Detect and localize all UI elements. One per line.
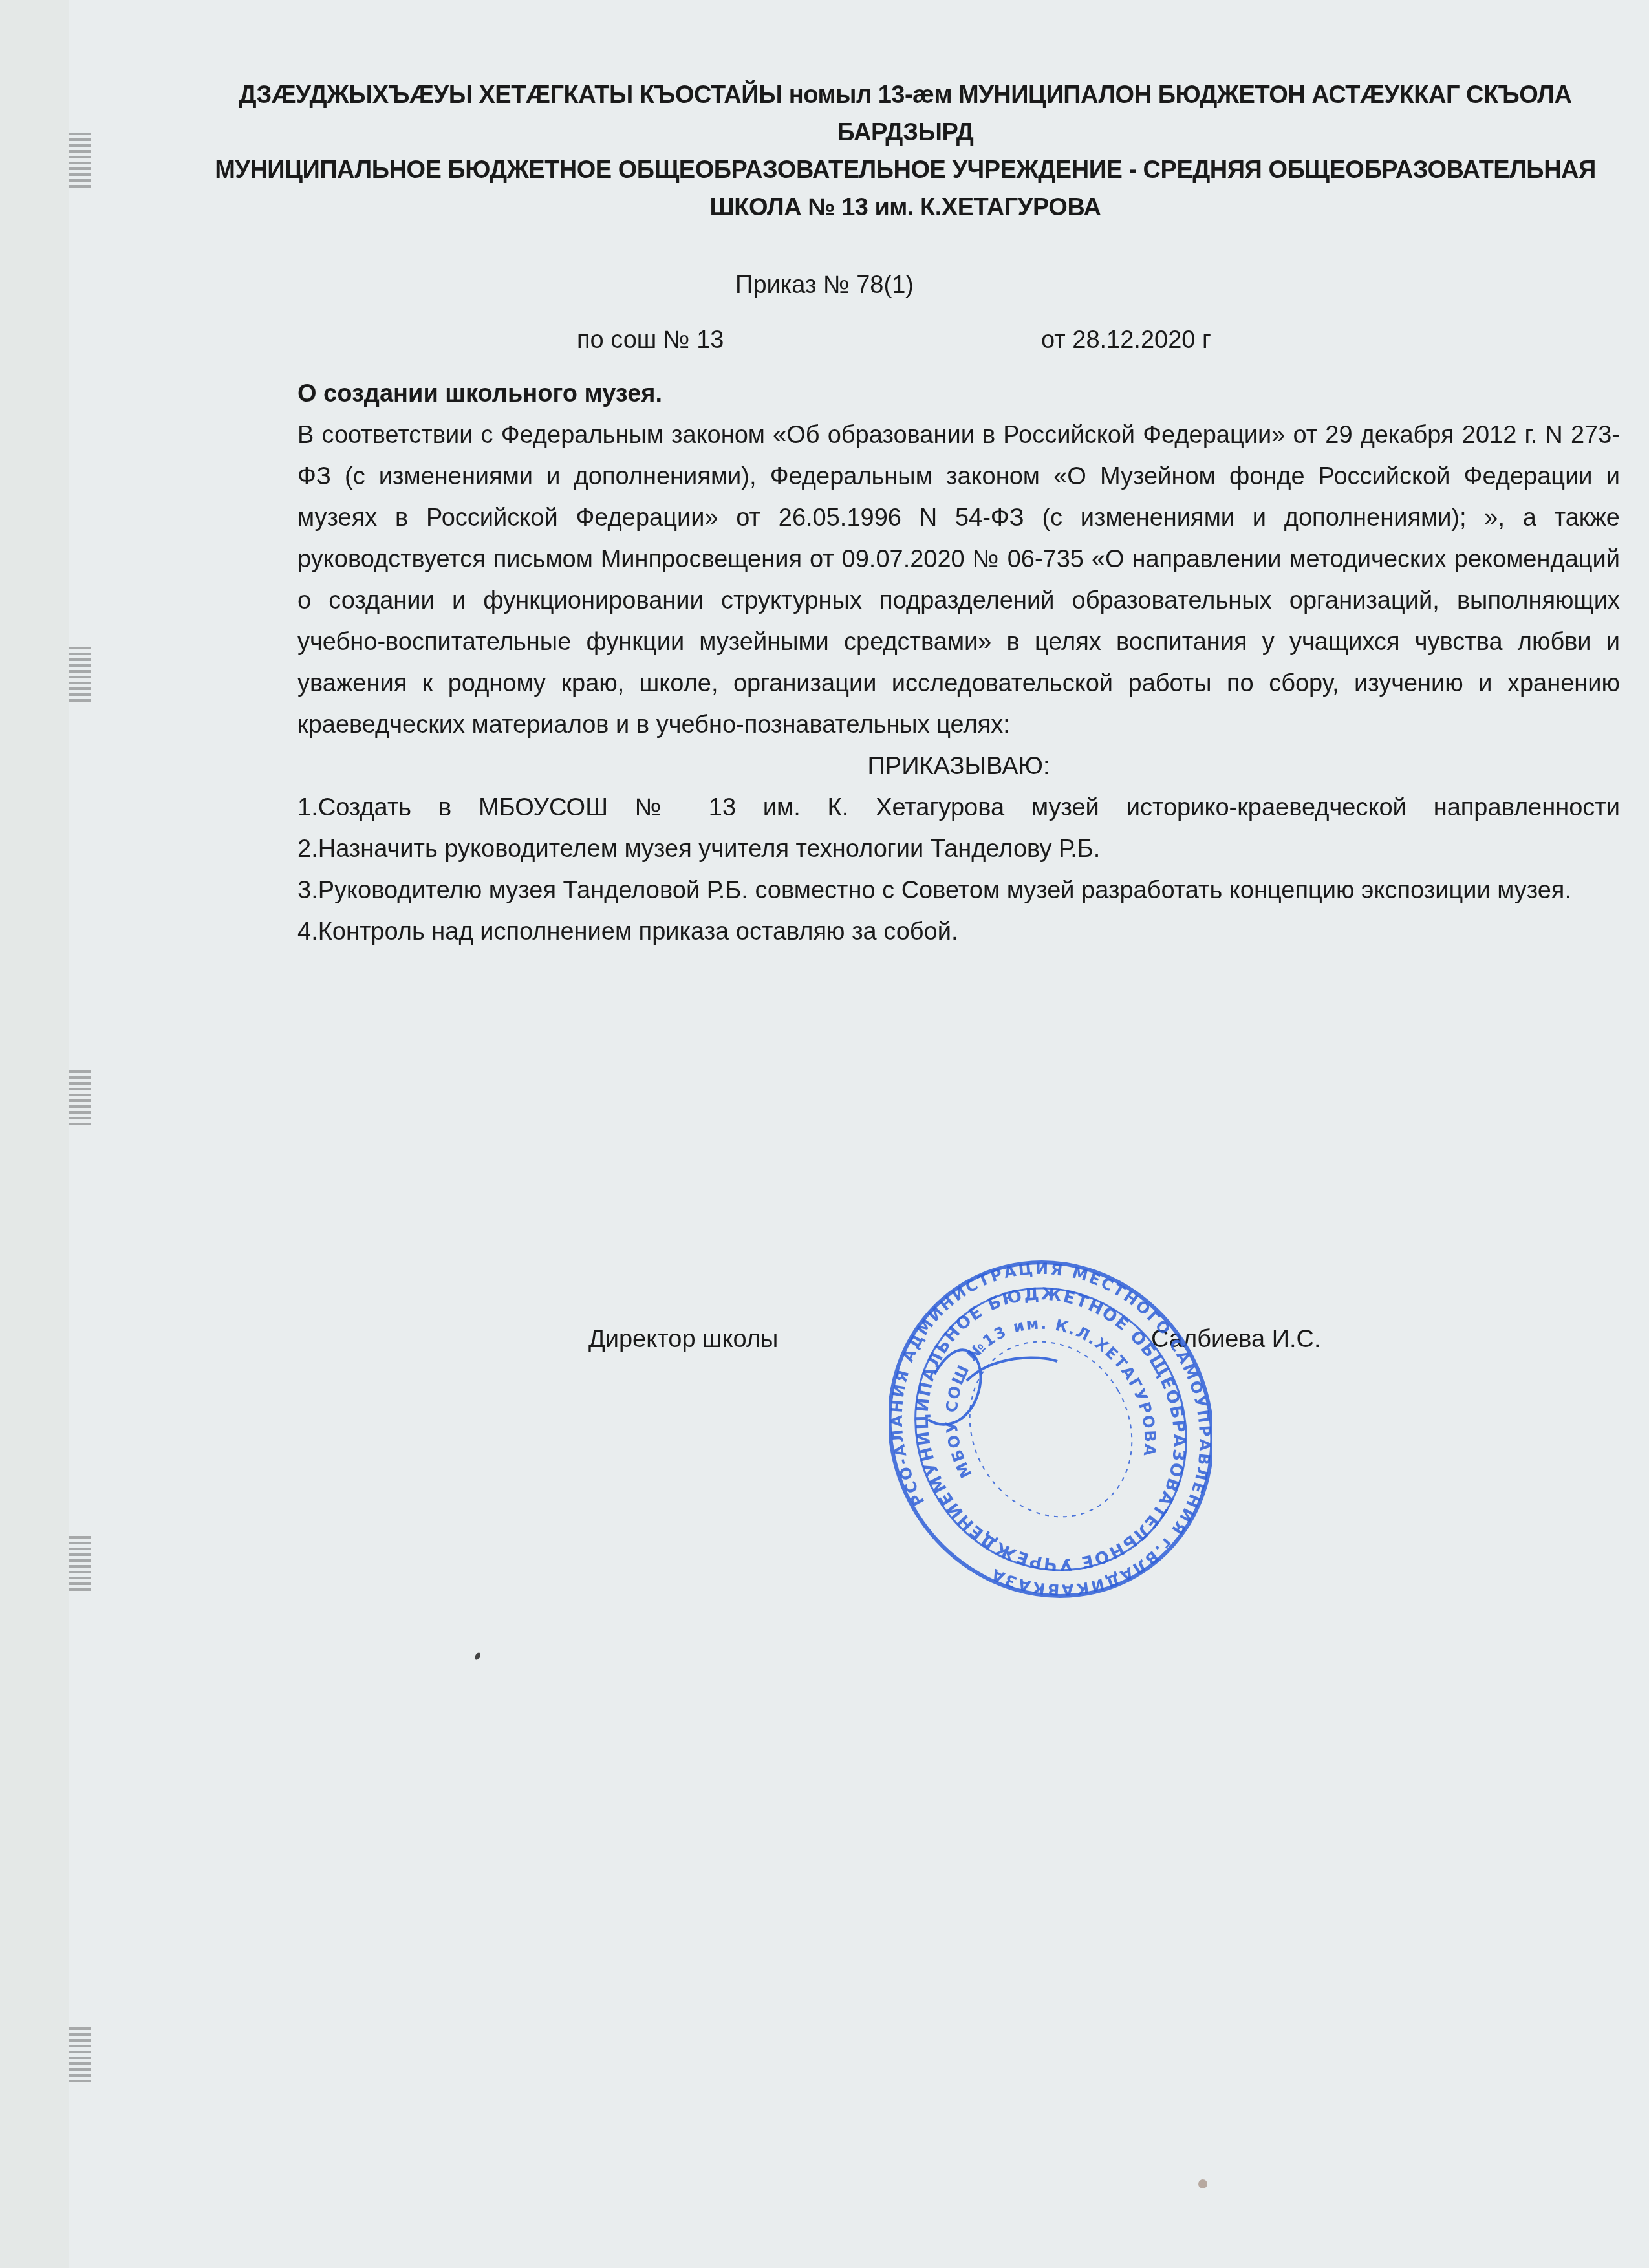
order-subject: О создании школьного музея. (297, 373, 1620, 415)
official-stamp-icon: РСО-АЛАНИЯ АДМИНИСТРАЦИЯ МЕСТНОГО САМОУП… (889, 1258, 1212, 1601)
order-item-1: 1.Создать в МБОУСОШ № 13 им. К. Хетагуро… (297, 787, 1620, 828)
order-body: О создании школьного музея. В соответств… (297, 373, 1620, 953)
order-item-2: 2.Назначить руководителем музея учителя … (297, 828, 1620, 870)
scan-artifact-mark (69, 647, 91, 705)
header-russian-line: МУНИЦИПАЛЬНОЕ БЮДЖЕТНОЕ ОБЩЕОБРАЗОВАТЕЛЬ… (175, 151, 1636, 189)
header-school-name: ШКОЛА № 13 им. К.ХЕТАГУРОВА (175, 189, 1636, 226)
order-item-3: 3.Руководителю музея Танделовой Р.Б. сов… (297, 870, 1620, 911)
order-item-4: 4.Контроль над исполнением приказа остав… (297, 911, 1620, 953)
decree-heading: ПРИКАЗЫВАЮ: (297, 746, 1620, 787)
scan-edge-strip (0, 0, 69, 2268)
scan-artifact-mark (69, 1070, 91, 1129)
order-preamble: В соответствии с Федеральным законом «Об… (297, 415, 1620, 746)
scan-artifact-mark (69, 1536, 91, 1594)
svg-text:РСО-АЛАНИЯ АДМИНИСТРАЦИЯ МЕСТН: РСО-АЛАНИЯ АДМИНИСТРАЦИЯ МЕСТНОГО САМОУП… (889, 1258, 1212, 1601)
header-ossetian-line-cont: БАРДЗЫРД (175, 114, 1636, 151)
signatory-position: Директор школы (588, 1326, 778, 1354)
order-scope: по сош № 13 (577, 327, 724, 354)
scan-speck (473, 1652, 481, 1661)
header-ossetian-line: ДЗÆУДЖЫХЪÆУЫ ХЕТÆГКАТЫ КЪОСТАЙЫ номыл 13… (175, 76, 1636, 114)
order-date: от 28.12.2020 г (1041, 327, 1211, 354)
order-title: Приказ № 78(1) (0, 272, 1649, 299)
scan-artifact-mark (69, 2027, 91, 2086)
scan-speck (1198, 2179, 1207, 2188)
organization-header: ДЗÆУДЖЫХЪÆУЫ ХЕТÆГКАТЫ КЪОСТАЙЫ номыл 13… (175, 76, 1636, 226)
scan-artifact-mark (69, 133, 91, 191)
